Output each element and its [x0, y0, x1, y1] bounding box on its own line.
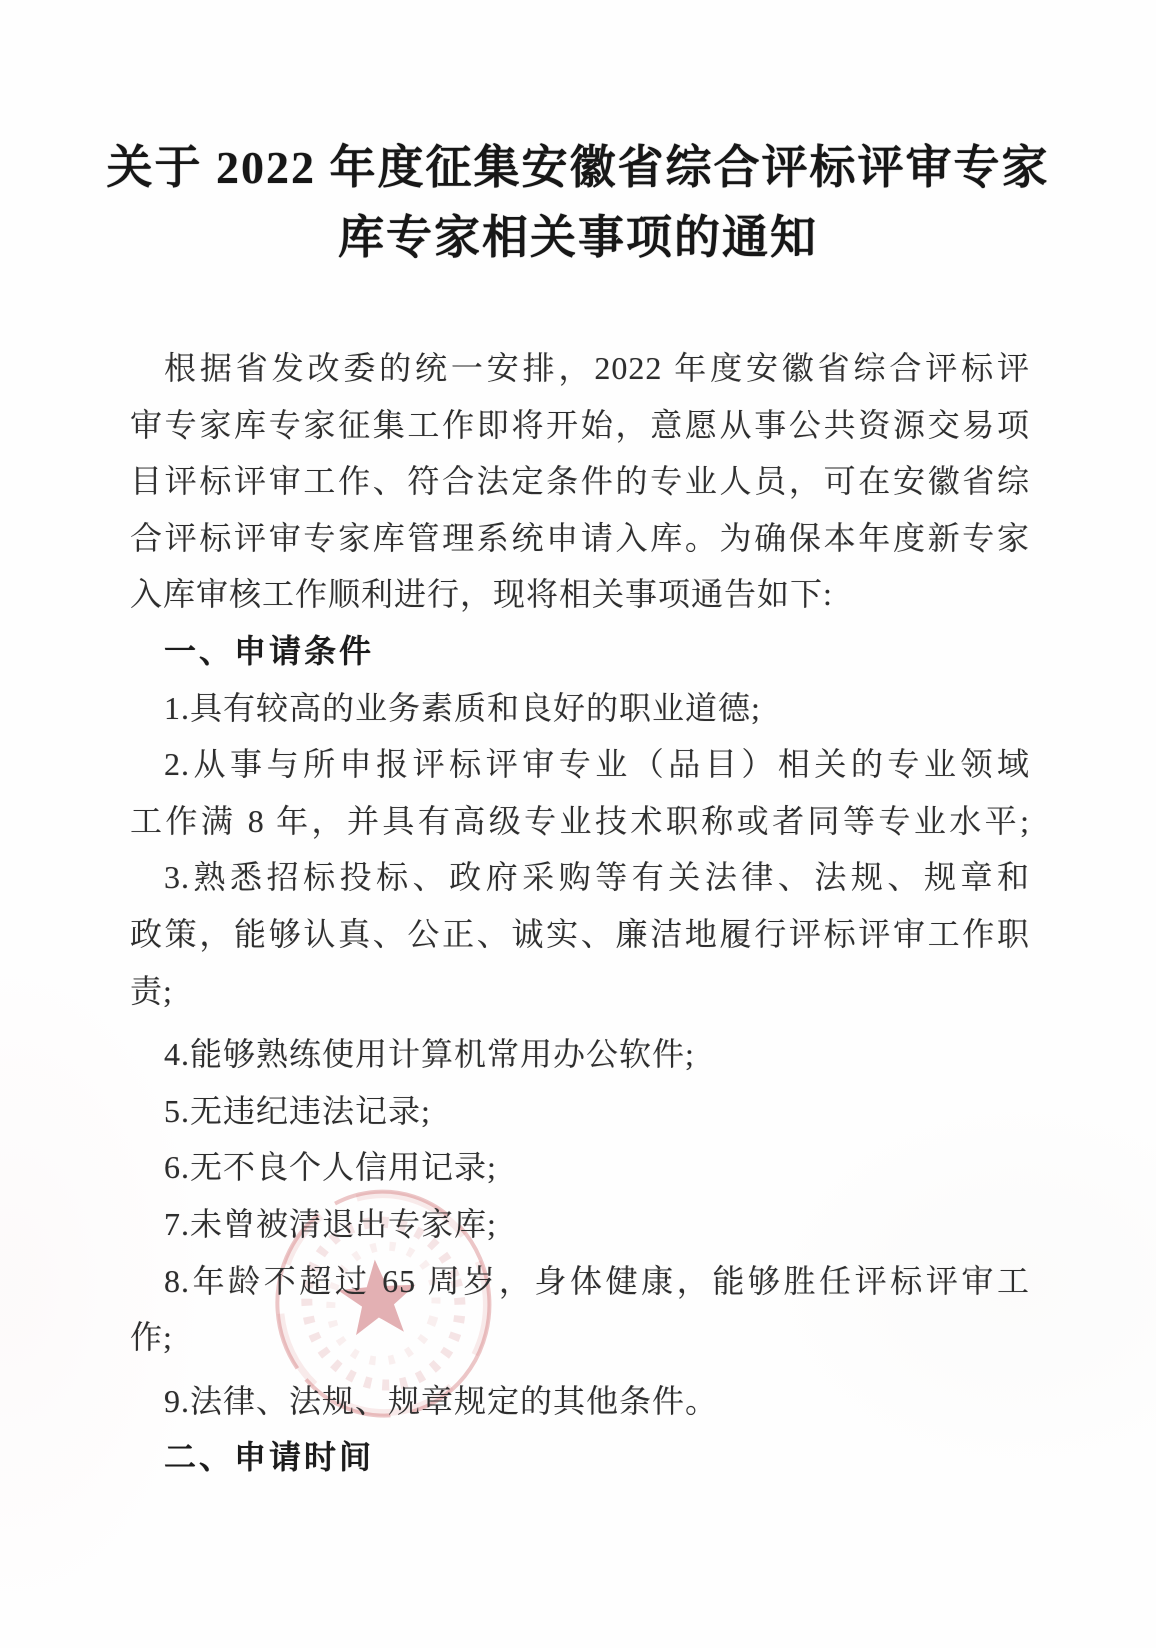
condition-line: 9.法律、法规、规章规定的其他条件。: [130, 1373, 1030, 1430]
notice-title-line-2: 库专家相关事项的通知: [0, 203, 1156, 273]
intro-line: 目评标评审工作、符合法定条件的专业人员，可在安徽省综: [130, 453, 1030, 510]
notice-title-line-1: 关于 2022 年度征集安徽省综合评标评审专家: [0, 133, 1156, 203]
condition-line: 4.能够熟练使用计算机常用办公软件;: [130, 1026, 1030, 1083]
intro-line: 根据省发改委的统一安排，2022 年度安徽省综合评标评: [130, 340, 1030, 397]
condition-line: 作;: [130, 1309, 1030, 1366]
notice-title: 关于 2022 年度征集安徽省综合评标评审专家 库专家相关事项的通知: [0, 133, 1156, 273]
condition-line: 政策，能够认真、公正、诚实、廉洁地履行评标评审工作职: [130, 906, 1030, 963]
condition-line: 6.无不良个人信用记录;: [130, 1139, 1030, 1196]
intro-line: 审专家库专家征集工作即将开始，意愿从事公共资源交易项: [130, 397, 1030, 454]
intro-line: 合评标评审专家库管理系统申请入库。为确保本年度新专家: [130, 510, 1030, 567]
condition-line: 工作满 8 年，并具有高级专业技术职称或者同等专业水平;: [130, 793, 1030, 850]
section-heading-application-conditions: 一、申请条件: [130, 623, 1030, 680]
condition-line: 3.熟悉招标投标、政府采购等有关法律、法规、规章和: [130, 849, 1030, 906]
condition-line: 5.无违纪违法记录;: [130, 1083, 1030, 1140]
scanned-notice-page: { "page": { "title_lines": { "l1": "关于 2…: [0, 0, 1156, 1648]
condition-line: 8.年龄不超过 65 周岁，身体健康，能够胜任评标评审工: [130, 1253, 1030, 1310]
notice-body: 根据省发改委的统一安排，2022 年度安徽省综合评标评 审专家库专家征集工作即将…: [130, 340, 1030, 1486]
condition-line: 7.未曾被清退出专家库;: [130, 1196, 1030, 1253]
condition-line: 1.具有较高的业务素质和良好的职业道德;: [130, 680, 1030, 737]
intro-line: 入库审核工作顺利进行，现将相关事项通告如下:: [130, 566, 1030, 623]
condition-line: 责;: [130, 963, 1030, 1020]
section-heading-application-time: 二、申请时间: [130, 1429, 1030, 1486]
condition-line: 2.从事与所申报评标评审专业（品目）相关的专业领域: [130, 736, 1030, 793]
